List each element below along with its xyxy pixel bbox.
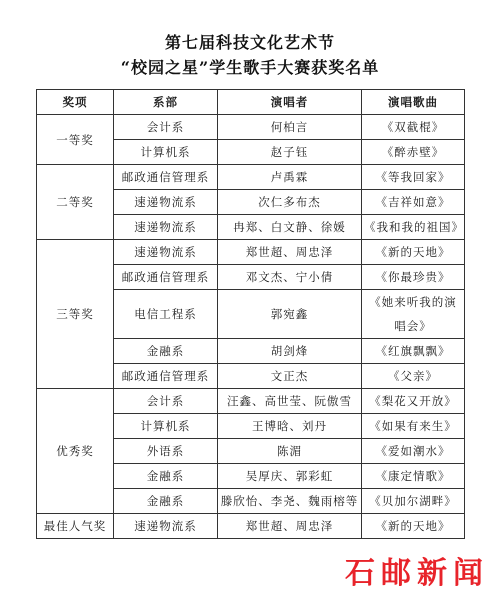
singer-cell: 郑世超、周忠泽 <box>218 514 362 539</box>
song-cell: 《红旗飘飘》 <box>362 339 465 364</box>
document-subtitle: “校园之星”学生歌手大赛获奖名单 <box>0 55 500 78</box>
song-cell: 《等我回家》 <box>362 165 465 190</box>
song-cell: 《贝加尔湖畔》 <box>362 489 465 514</box>
table-header-row: 奖项 系部 演唱者 演唱歌曲 <box>37 90 465 115</box>
header-song: 演唱歌曲 <box>362 90 465 115</box>
dept-cell: 邮政通信管理系 <box>114 265 218 290</box>
dept-cell: 速递物流系 <box>114 240 218 265</box>
document-title: 第七届科技文化艺术节 <box>0 30 500 53</box>
singer-cell: 何柏言 <box>218 115 362 140</box>
table-row: 最佳人气奖 速递物流系 郑世超、周忠泽 《新的天地》 <box>37 514 465 539</box>
song-cell: 《如果有来生》 <box>362 414 465 439</box>
singer-cell: 赵子钰 <box>218 140 362 165</box>
song-cell: 《双截棍》 <box>362 115 465 140</box>
dept-cell: 会计系 <box>114 115 218 140</box>
dept-cell: 计算机系 <box>114 140 218 165</box>
table-row: 一等奖 会计系 何柏言 《双截棍》 <box>37 115 465 140</box>
watermark-logo: 石邮新闻 <box>345 548 489 592</box>
song-cell: 《爱如潮水》 <box>362 439 465 464</box>
song-cell: 《她来听我的演唱会》 <box>362 290 465 339</box>
singer-cell: 胡剑烽 <box>218 339 362 364</box>
singer-cell: 次仁多布杰 <box>218 190 362 215</box>
dept-cell: 计算机系 <box>114 414 218 439</box>
table-row: 三等奖 速递物流系 郑世超、周忠泽 《新的天地》 <box>37 240 465 265</box>
singer-cell: 卢禹霖 <box>218 165 362 190</box>
song-cell: 《康定情歌》 <box>362 464 465 489</box>
song-cell: 《我和我的祖国》 <box>362 215 465 240</box>
dept-cell: 速递物流系 <box>114 190 218 215</box>
header-singer: 演唱者 <box>218 90 362 115</box>
dept-cell: 金融系 <box>114 489 218 514</box>
dept-cell: 金融系 <box>114 339 218 364</box>
dept-cell: 速递物流系 <box>114 215 218 240</box>
award-cell: 最佳人气奖 <box>37 514 114 539</box>
song-cell: 《吉祥如意》 <box>362 190 465 215</box>
singer-cell: 吴厚庆、郭彩虹 <box>218 464 362 489</box>
singer-cell: 陈湄 <box>218 439 362 464</box>
dept-cell: 金融系 <box>114 464 218 489</box>
dept-cell: 外语系 <box>114 439 218 464</box>
table-row: 二等奖 邮政通信管理系 卢禹霖 《等我回家》 <box>37 165 465 190</box>
singer-cell: 邓文杰、宁小倩 <box>218 265 362 290</box>
dept-cell: 邮政通信管理系 <box>114 364 218 389</box>
singer-cell: 郑世超、周忠泽 <box>218 240 362 265</box>
header-department: 系部 <box>114 90 218 115</box>
table-row: 优秀奖 会计系 汪鑫、高世莹、阮傲雪 《梨花又开放》 <box>37 389 465 414</box>
dept-cell: 邮政通信管理系 <box>114 165 218 190</box>
song-cell: 《梨花又开放》 <box>362 389 465 414</box>
award-cell: 二等奖 <box>37 165 114 240</box>
singer-cell: 汪鑫、高世莹、阮傲雪 <box>218 389 362 414</box>
award-table: 奖项 系部 演唱者 演唱歌曲 一等奖 会计系 何柏言 《双截棍》 计算机系 赵子… <box>36 89 465 539</box>
award-cell: 三等奖 <box>37 240 114 389</box>
song-cell: 《新的天地》 <box>362 514 465 539</box>
award-cell: 优秀奖 <box>37 389 114 514</box>
dept-cell: 速递物流系 <box>114 514 218 539</box>
dept-cell: 会计系 <box>114 389 218 414</box>
song-cell: 《醉赤壁》 <box>362 140 465 165</box>
singer-cell: 滕欣怡、李尧、魏雨榕等 <box>218 489 362 514</box>
singer-cell: 郭宛鑫 <box>218 290 362 339</box>
singer-cell: 文正杰 <box>218 364 362 389</box>
dept-cell: 电信工程系 <box>114 290 218 339</box>
song-cell: 《新的天地》 <box>362 240 465 265</box>
header-award: 奖项 <box>37 90 114 115</box>
song-cell: 《父亲》 <box>362 364 465 389</box>
singer-cell: 冉郑、白文静、徐媛 <box>218 215 362 240</box>
singer-cell: 王博晗、刘丹 <box>218 414 362 439</box>
award-cell: 一等奖 <box>37 115 114 165</box>
song-cell: 《你最珍贵》 <box>362 265 465 290</box>
